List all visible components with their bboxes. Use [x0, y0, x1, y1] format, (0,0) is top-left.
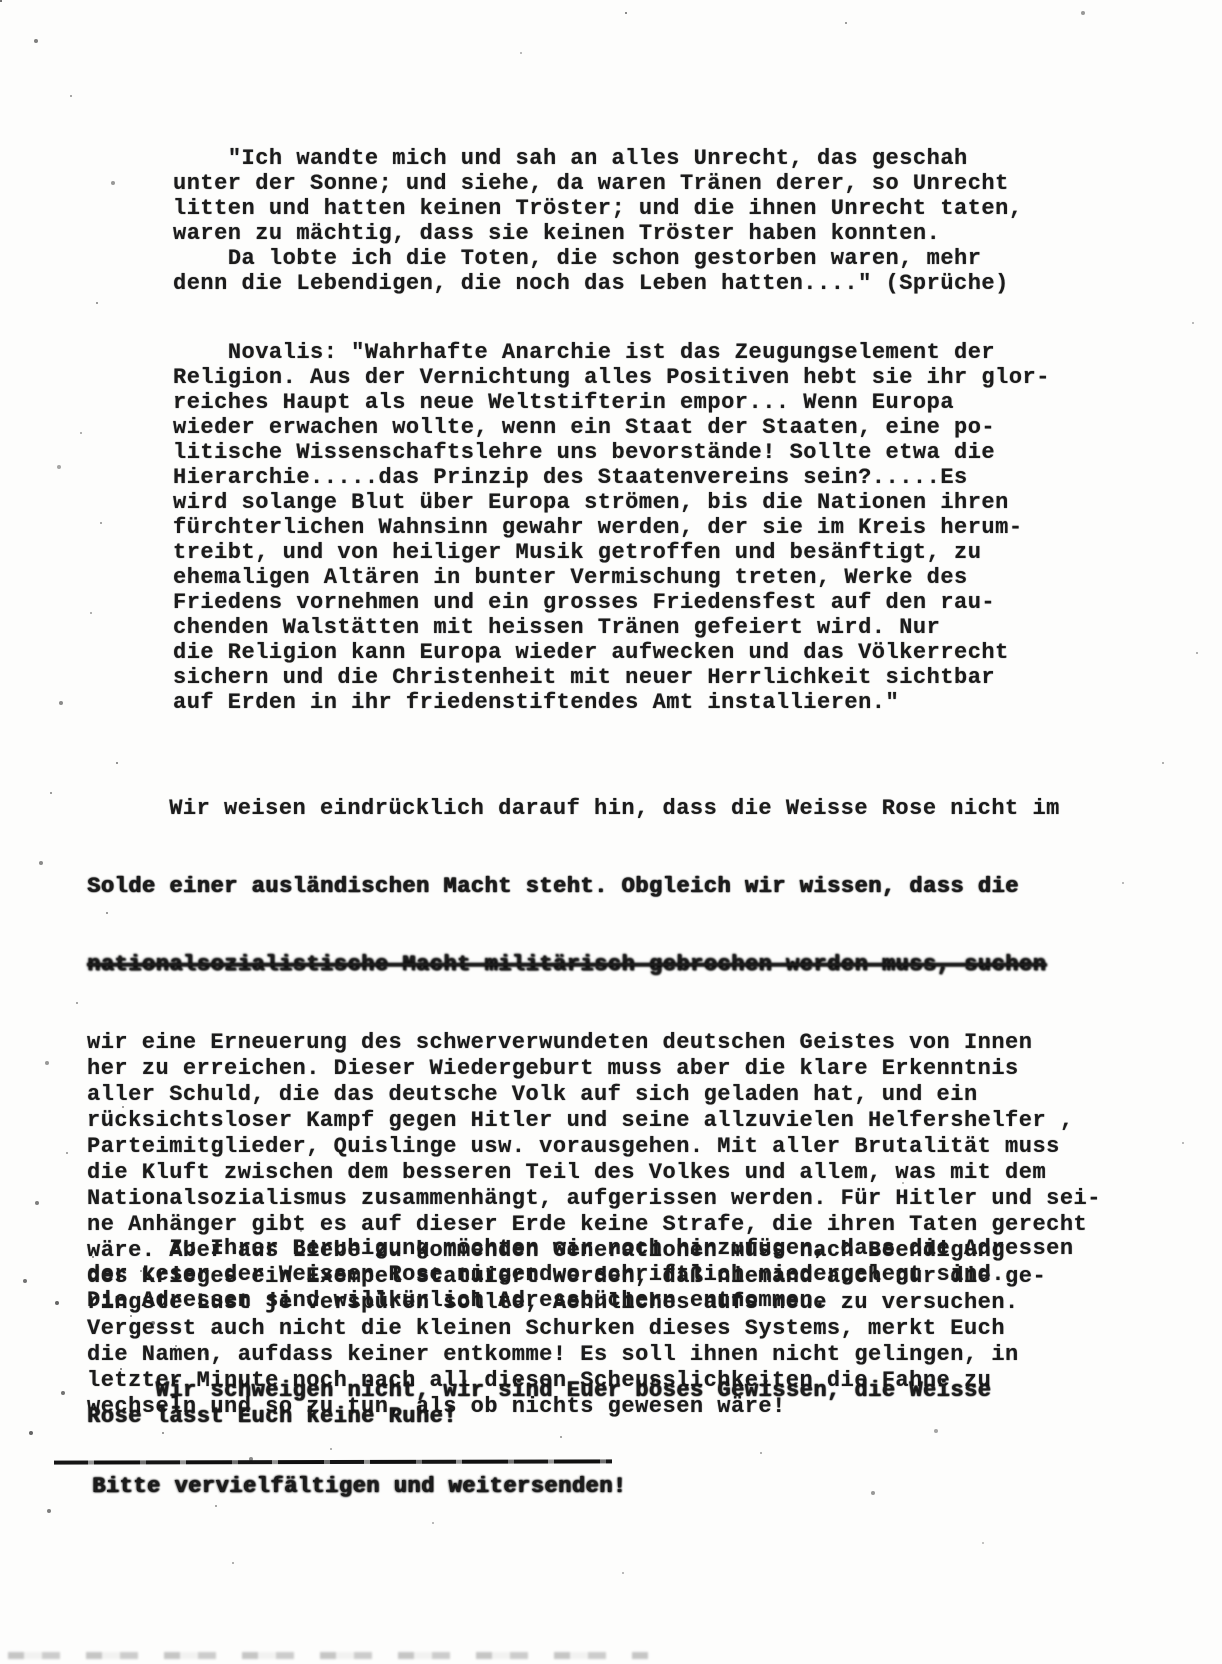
main-paragraph: Wir weisen eindrücklich darauf hin, dass…	[87, 744, 1197, 1472]
scan-edge-artifact	[8, 1652, 648, 1659]
closing-statement-paragraph: Wir schweigen nicht, wir sind Euer böses…	[87, 1378, 1197, 1430]
document-page: "Ich wandte mich und sah an alles Unrech…	[0, 0, 1222, 1664]
quote-sprueche-paragraph: "Ich wandte mich und sah an alles Unrech…	[173, 146, 1073, 296]
reassurance-paragraph: Zu Ihrer Beruhigung möchten wir noch hin…	[87, 1236, 1197, 1314]
main-paragraph-line-3-overstruck: nationalsozialistische Macht militärisch…	[87, 952, 1197, 978]
main-paragraph-line-2-smudged: Solde einer ausländischen Macht steht. O…	[87, 874, 1197, 900]
main-paragraph-line-1: Wir weisen eindrücklich darauf hin, dass…	[87, 796, 1197, 822]
footer-note: Bitte vervielfältigen und weitersenden!	[92, 1474, 792, 1500]
photocopy-speckles	[0, 0, 2, 2]
novalis-quote-paragraph: Novalis: "Wahrhafte Anarchie ist das Zeu…	[173, 340, 1093, 715]
main-paragraph-body: wir eine Erneuerung des schwerverwundete…	[87, 1030, 1197, 1420]
